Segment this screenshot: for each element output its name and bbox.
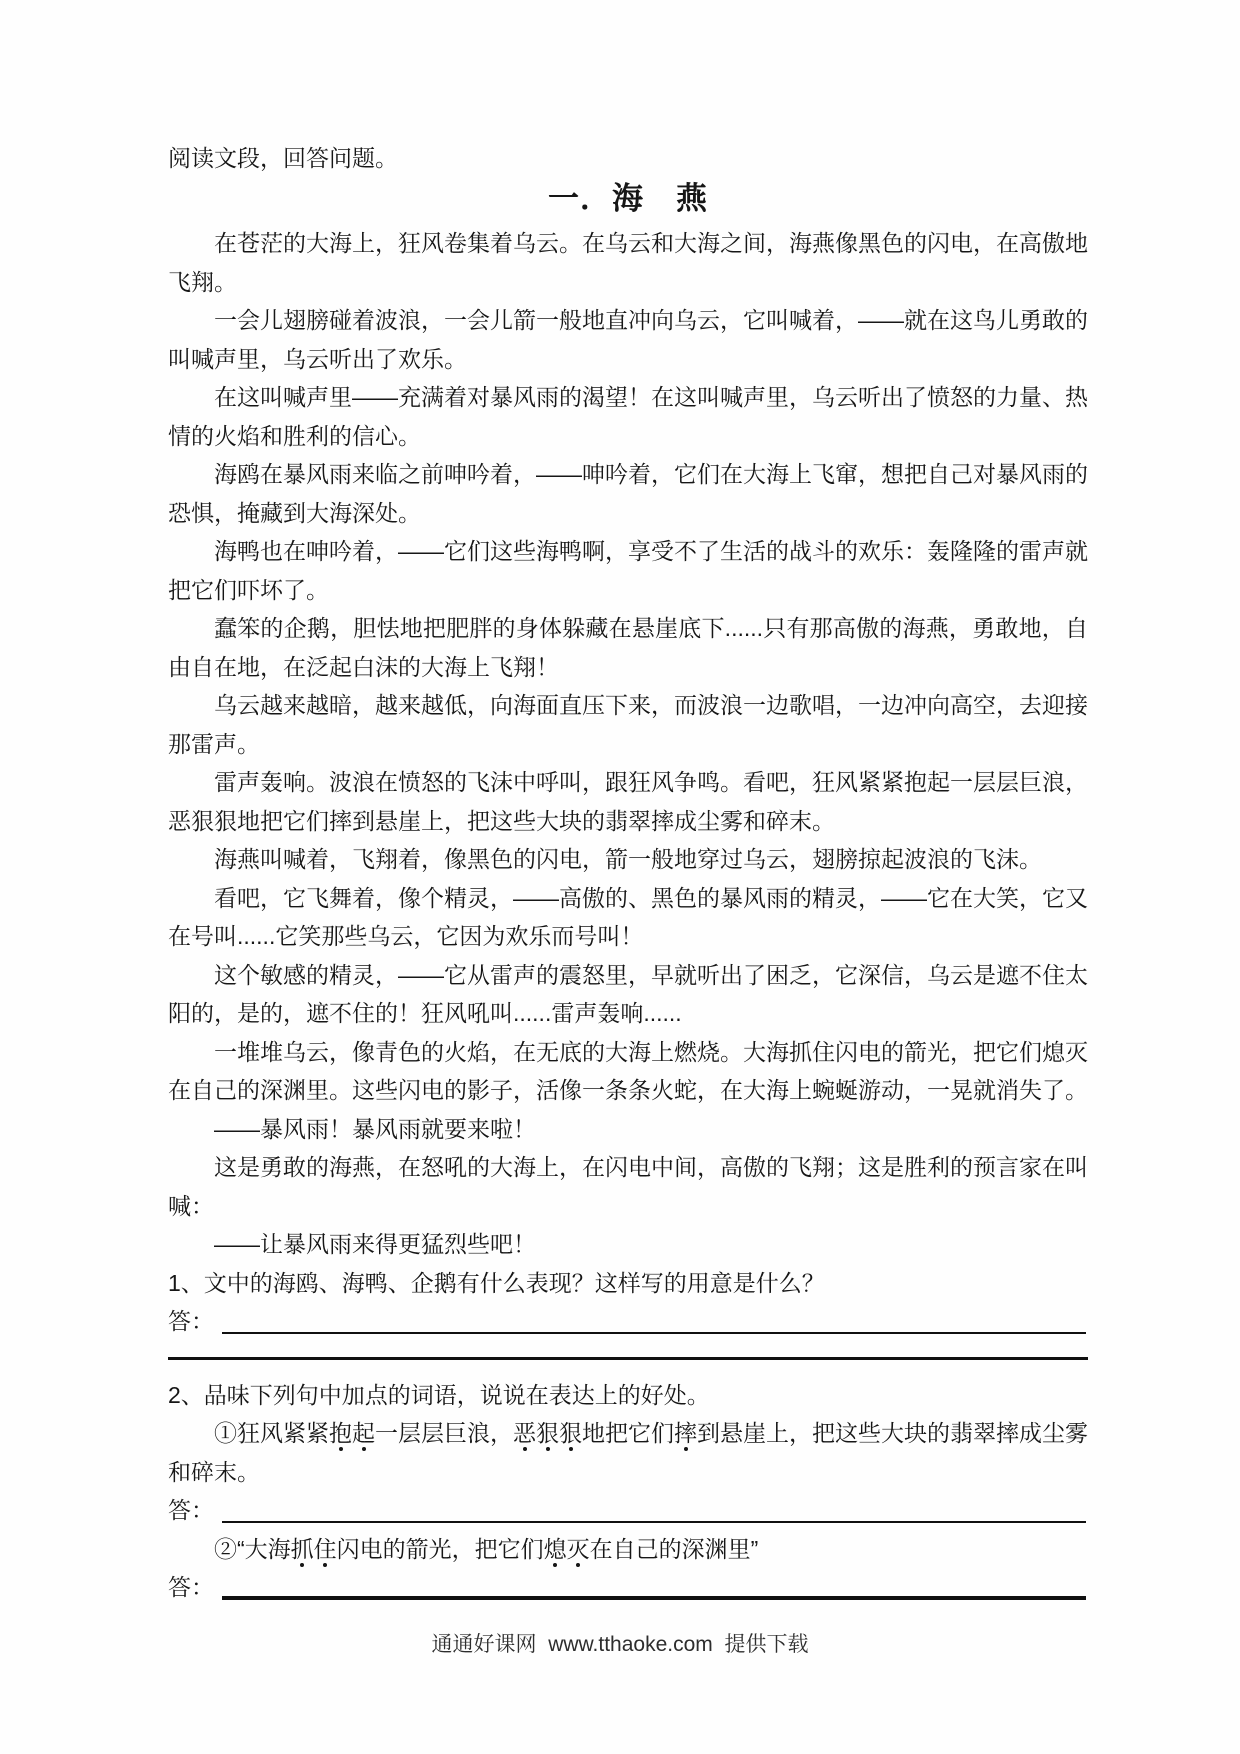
footer-download-text: 通通好课网 www.tthaoke.com 提供下载 — [0, 1628, 1240, 1658]
question-1-answer-row: 答： — [168, 1302, 1088, 1341]
answer-blank-line — [222, 1520, 1086, 1523]
passage-paragraph: ——暴风雨！暴风雨就要来啦！ — [168, 1110, 1088, 1149]
answer-prefix: 答： — [168, 1568, 214, 1607]
passage-paragraph: 在这叫喊声里——充满着对暴风雨的渴望！在这叫喊声里，乌云听出了愤怒的力量、热情的… — [168, 378, 1088, 455]
instruction-text: 阅读文段，回答问题。 — [168, 140, 1088, 176]
worksheet-page: 阅读文段，回答问题。 一．海 燕 在苍茫的大海上，狂风卷集着乌云。在乌云和大海之… — [0, 0, 1240, 1754]
question-2-sub2: ②“大海抓住闪电的箭光，把它们熄灭在自己的深渊里” — [168, 1530, 1088, 1569]
question-2-sub2-answer-row: 答： — [168, 1568, 1088, 1607]
passage-paragraph: 蠢笨的企鹅，胆怯地把肥胖的身体躲藏在悬崖底下......只有那高傲的海燕，勇敢地… — [168, 609, 1088, 686]
question-2-sub1: ①狂风紧紧抱起一层层巨浪，恶狠狠地把它们摔到悬崖上，把这些大块的翡翠摔成尘雾和碎… — [168, 1414, 1088, 1491]
answer-blank-line — [222, 1595, 1086, 1600]
passage-paragraph: ——让暴风雨来得更猛烈些吧！ — [168, 1225, 1088, 1264]
passage-paragraph: 在苍茫的大海上，狂风卷集着乌云。在乌云和大海之间，海燕像黑色的闪电，在高傲地飞翔… — [168, 224, 1088, 301]
passage-paragraph: 海鸭也在呻吟着，——它们这些海鸭啊，享受不了生活的战斗的欢乐：轰隆隆的雷声就把它… — [168, 532, 1088, 609]
reading-passage: 在苍茫的大海上，狂风卷集着乌云。在乌云和大海之间，海燕像黑色的闪电，在高傲地飞翔… — [168, 224, 1088, 1264]
question-2-sub1-answer-row: 答： — [168, 1491, 1088, 1530]
passage-paragraph: 这是勇敢的海燕，在怒吼的大海上，在闪电中间，高傲的飞翔；这是胜利的预言家在叫喊： — [168, 1148, 1088, 1225]
answer-prefix: 答： — [168, 1302, 214, 1341]
passage-paragraph: 海燕叫喊着，飞翔着，像黑色的闪电，箭一般地穿过乌云，翅膀掠起波浪的飞沫。 — [168, 840, 1088, 879]
passage-title: 一．海 燕 — [168, 176, 1088, 222]
answer-blank-line — [222, 1331, 1086, 1334]
passage-paragraph: 乌云越来越暗，越来越低，向海面直压下来，而波浪一边歌唱，一边冲向高空，去迎接那雷… — [168, 686, 1088, 763]
passage-paragraph: 一堆堆乌云，像青色的火焰，在无底的大海上燃烧。大海抓住闪电的箭光，把它们熄灭在自… — [168, 1033, 1088, 1110]
passage-paragraph: 雷声轰响。波浪在愤怒的飞沫中呼叫，跟狂风争鸣。看吧，狂风紧紧抱起一层层巨浪，恶狠… — [168, 763, 1088, 840]
question-2-label: 2、品味下列句中加点的词语，说说在表达上的好处。 — [168, 1376, 1088, 1415]
passage-paragraph: 这个敏感的精灵，——它从雷声的震怒里，早就听出了困乏，它深信，乌云是遮不住太阳的… — [168, 956, 1088, 1033]
page-content: 阅读文段，回答问题。 一．海 燕 在苍茫的大海上，狂风卷集着乌云。在乌云和大海之… — [168, 140, 1088, 1607]
passage-paragraph: 一会儿翅膀碰着波浪，一会儿箭一般地直冲向乌云，它叫喊着，——就在这鸟儿勇敢的叫喊… — [168, 301, 1088, 378]
answer-prefix: 答： — [168, 1491, 214, 1530]
passage-paragraph: 海鸥在暴风雨来临之前呻吟着，——呻吟着，它们在大海上飞窜，想把自己对暴风雨的恐惧… — [168, 455, 1088, 532]
question-1-label: 1、文中的海鸥、海鸭、企鹅有什么表现？这样写的用意是什么？ — [168, 1264, 1088, 1303]
passage-paragraph: 看吧，它飞舞着，像个精灵，——高傲的、黑色的暴风雨的精灵，——它在大笑，它又在号… — [168, 879, 1088, 956]
answer-blank-line-2 — [168, 1357, 1088, 1360]
